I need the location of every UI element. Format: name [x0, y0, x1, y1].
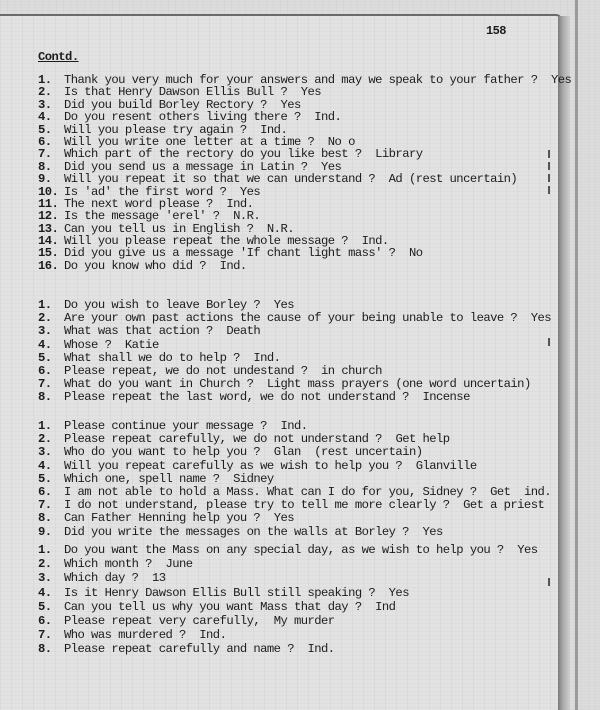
question-text: Can you tell us why you want Mass that d…	[64, 600, 362, 614]
answer-text: Library	[375, 148, 422, 160]
answer-text: My murder	[274, 614, 335, 628]
margin-mark	[548, 174, 550, 182]
item-number: 7.	[38, 148, 64, 160]
question-text: Please repeat the last word, we do not u…	[64, 391, 409, 404]
item-number: 8.	[38, 512, 64, 525]
item-number: 3.	[38, 571, 64, 585]
spacer	[409, 526, 423, 539]
spacer	[517, 312, 531, 325]
list-item: 5.Can you tell us why you want Mass that…	[38, 600, 558, 614]
question-text: Will you repeat it so that we can unders…	[64, 173, 375, 185]
question-text: Which month ?	[64, 557, 152, 571]
question-text: Do you resent others living there ?	[64, 111, 301, 123]
question-section-2: 1.Do you wish to leave Borley ? Yes2.Are…	[38, 299, 558, 405]
question-text: What was that action ?	[64, 325, 213, 338]
margin-mark	[548, 338, 550, 346]
question-text: Can Father Henning help you ?	[64, 512, 260, 525]
answer-text: Glan (rest uncertain)	[274, 446, 423, 459]
list-item: 2.Which month ? June	[38, 557, 558, 571]
question-section-3: 1.Please continue your message ? Ind.2.P…	[38, 420, 558, 539]
spacer	[375, 173, 389, 185]
item-number: 8.	[38, 642, 64, 656]
margin-mark	[548, 162, 550, 170]
answer-text: Get a priest	[463, 499, 544, 512]
item-number: 4.	[38, 460, 64, 473]
item-number: 9.	[38, 173, 64, 185]
answer-text: Yes	[301, 86, 321, 98]
answer-text: Yes	[274, 512, 294, 525]
spacer	[240, 352, 254, 365]
spacer	[186, 628, 200, 642]
question-text: Is that Henry Dawson Ellis Bull ?	[64, 86, 287, 98]
list-item: 8.Can Father Henning help you ? Yes	[38, 512, 558, 525]
answer-text: Glanville	[416, 460, 477, 473]
list-item: 6.Please repeat very carefully, My murde…	[38, 614, 558, 628]
list-item: 3.Who do you want to help you ? Glan (re…	[38, 446, 558, 459]
spacer	[287, 86, 301, 98]
answer-text: No	[409, 247, 423, 259]
spacer	[395, 247, 409, 259]
spacer	[402, 460, 416, 473]
margin-mark	[548, 186, 550, 194]
answer-text: Ind.	[199, 628, 226, 642]
margin-mark	[548, 578, 550, 586]
list-item: 9.Did you write the messages on the wall…	[38, 526, 558, 539]
answer-text: June	[165, 557, 192, 571]
list-item: 4.Will you repeat carefully as we wish t…	[38, 460, 558, 473]
list-item: 5.What shall we do to help ? Ind.	[38, 352, 558, 365]
list-item: 7.Which part of the rectory do you like …	[38, 148, 558, 160]
spacer	[152, 557, 166, 571]
list-item: 15.Did you give us a message 'If chant l…	[38, 247, 558, 259]
item-number: 4.	[38, 586, 64, 600]
continued-heading: Contd.	[38, 50, 79, 64]
answer-text: 13	[152, 571, 166, 585]
list-item: 3.What was that action ? Death	[38, 325, 558, 338]
list-item: 2.Is that Henry Dawson Ellis Bull ? Yes	[38, 86, 558, 98]
answer-text: N.R.	[233, 210, 260, 222]
item-number: 9.	[38, 526, 64, 539]
question-text: Is the message 'erel' ?	[64, 210, 220, 222]
question-text: Do you want the Mass on any special day,…	[64, 543, 504, 557]
question-text: Which day ?	[64, 571, 138, 585]
answer-text: Katie	[125, 339, 159, 352]
answer-text: Ind.	[220, 260, 247, 272]
item-number: 5.	[38, 600, 64, 614]
answer-text: Yes	[517, 543, 537, 557]
item-number: 2.	[38, 557, 64, 571]
item-number: 3.	[38, 446, 64, 459]
spacer	[294, 642, 308, 656]
answer-text: Death	[226, 325, 260, 338]
question-text: What shall we do to help ?	[64, 352, 240, 365]
spacer	[260, 614, 274, 628]
spacer	[213, 325, 227, 338]
list-item: 5.Which one, spell name ? Sidney	[38, 473, 558, 486]
spacer	[409, 391, 423, 404]
spacer	[504, 543, 518, 557]
answer-text: Yes	[422, 526, 442, 539]
list-item: 1.Do you want the Mass on any special da…	[38, 543, 558, 557]
list-item: 4.Is it Henry Dawson Ellis Bull still sp…	[38, 586, 558, 600]
question-text: Which part of the rectory do you like be…	[64, 148, 362, 160]
spacer	[220, 473, 234, 486]
answer-text: Yes	[551, 74, 571, 86]
item-number: 12.	[38, 210, 64, 222]
list-item: 7.Who was murdered ? Ind.	[38, 628, 558, 642]
spacer	[362, 148, 376, 160]
spacer	[138, 571, 152, 585]
question-text: Which one, spell name ?	[64, 473, 220, 486]
page-number: 158	[486, 24, 506, 38]
item-number: 2.	[38, 86, 64, 98]
answer-text: Ad (rest uncertain)	[389, 173, 518, 185]
item-number: 16.	[38, 260, 64, 272]
item-number: 4.	[38, 111, 64, 123]
item-number: 6.	[38, 614, 64, 628]
margin-mark	[548, 150, 550, 158]
spacer	[260, 512, 274, 525]
spacer	[206, 260, 220, 272]
question-text: Did you write the messages on the walls …	[64, 526, 409, 539]
question-text: Do you know who did ?	[64, 260, 206, 272]
answer-text: Ind.	[314, 111, 341, 123]
answer-text: Sidney	[233, 473, 274, 486]
question-text: Who was murdered ?	[64, 628, 186, 642]
spacer	[301, 111, 315, 123]
list-item: 4.Do you resent others living there ? In…	[38, 111, 558, 123]
list-item: 8.Please repeat the last word, we do not…	[38, 391, 558, 404]
item-number: 1.	[38, 543, 64, 557]
question-text: Please repeat carefully and name ?	[64, 642, 294, 656]
question-text: Please repeat very carefully,	[64, 614, 260, 628]
spacer	[111, 339, 125, 352]
list-item: 12.Is the message 'erel' ? N.R.	[38, 210, 558, 222]
answer-text: Ind.	[308, 642, 335, 656]
list-item: 9.Will you repeat it so that we can unde…	[38, 173, 558, 185]
answer-text: Ind.	[253, 352, 280, 365]
spacer	[362, 600, 376, 614]
list-item: 8.Please repeat carefully and name ? Ind…	[38, 642, 558, 656]
spacer	[220, 210, 234, 222]
item-number: 15.	[38, 247, 64, 259]
list-item: 3.Which day ? 13	[38, 571, 558, 585]
item-number: 8.	[38, 391, 64, 404]
question-text: Did you give us a message 'If chant ligh…	[64, 247, 395, 259]
question-text: Will you repeat carefully as we wish to …	[64, 460, 402, 473]
item-number: 3.	[38, 325, 64, 338]
answer-text: Yes	[531, 312, 551, 325]
list-item: 16.Do you know who did ? Ind.	[38, 260, 558, 272]
spacer	[375, 586, 389, 600]
question-text: Whose ?	[64, 339, 111, 352]
list-item: 4.Whose ? Katie	[38, 339, 558, 352]
question-section-4: 1.Do you want the Mass on any special da…	[38, 543, 558, 657]
question-text: Who do you want to help you ?	[64, 446, 260, 459]
item-number: 4.	[38, 339, 64, 352]
question-section-1: 1.Thank you very much for your answers a…	[38, 74, 558, 272]
item-number: 7.	[38, 628, 64, 642]
item-number: 5.	[38, 352, 64, 365]
typed-transcript: 158 Contd. 1.Thank you very much for you…	[0, 0, 600, 710]
question-text: Is it Henry Dawson Ellis Bull still spea…	[64, 586, 375, 600]
answer-text: Ind	[375, 600, 395, 614]
answer-text: Yes	[389, 586, 409, 600]
item-number: 5.	[38, 473, 64, 486]
answer-text: Incense	[422, 391, 469, 404]
spacer	[260, 446, 274, 459]
spacer	[450, 499, 464, 512]
spacer	[537, 74, 551, 86]
